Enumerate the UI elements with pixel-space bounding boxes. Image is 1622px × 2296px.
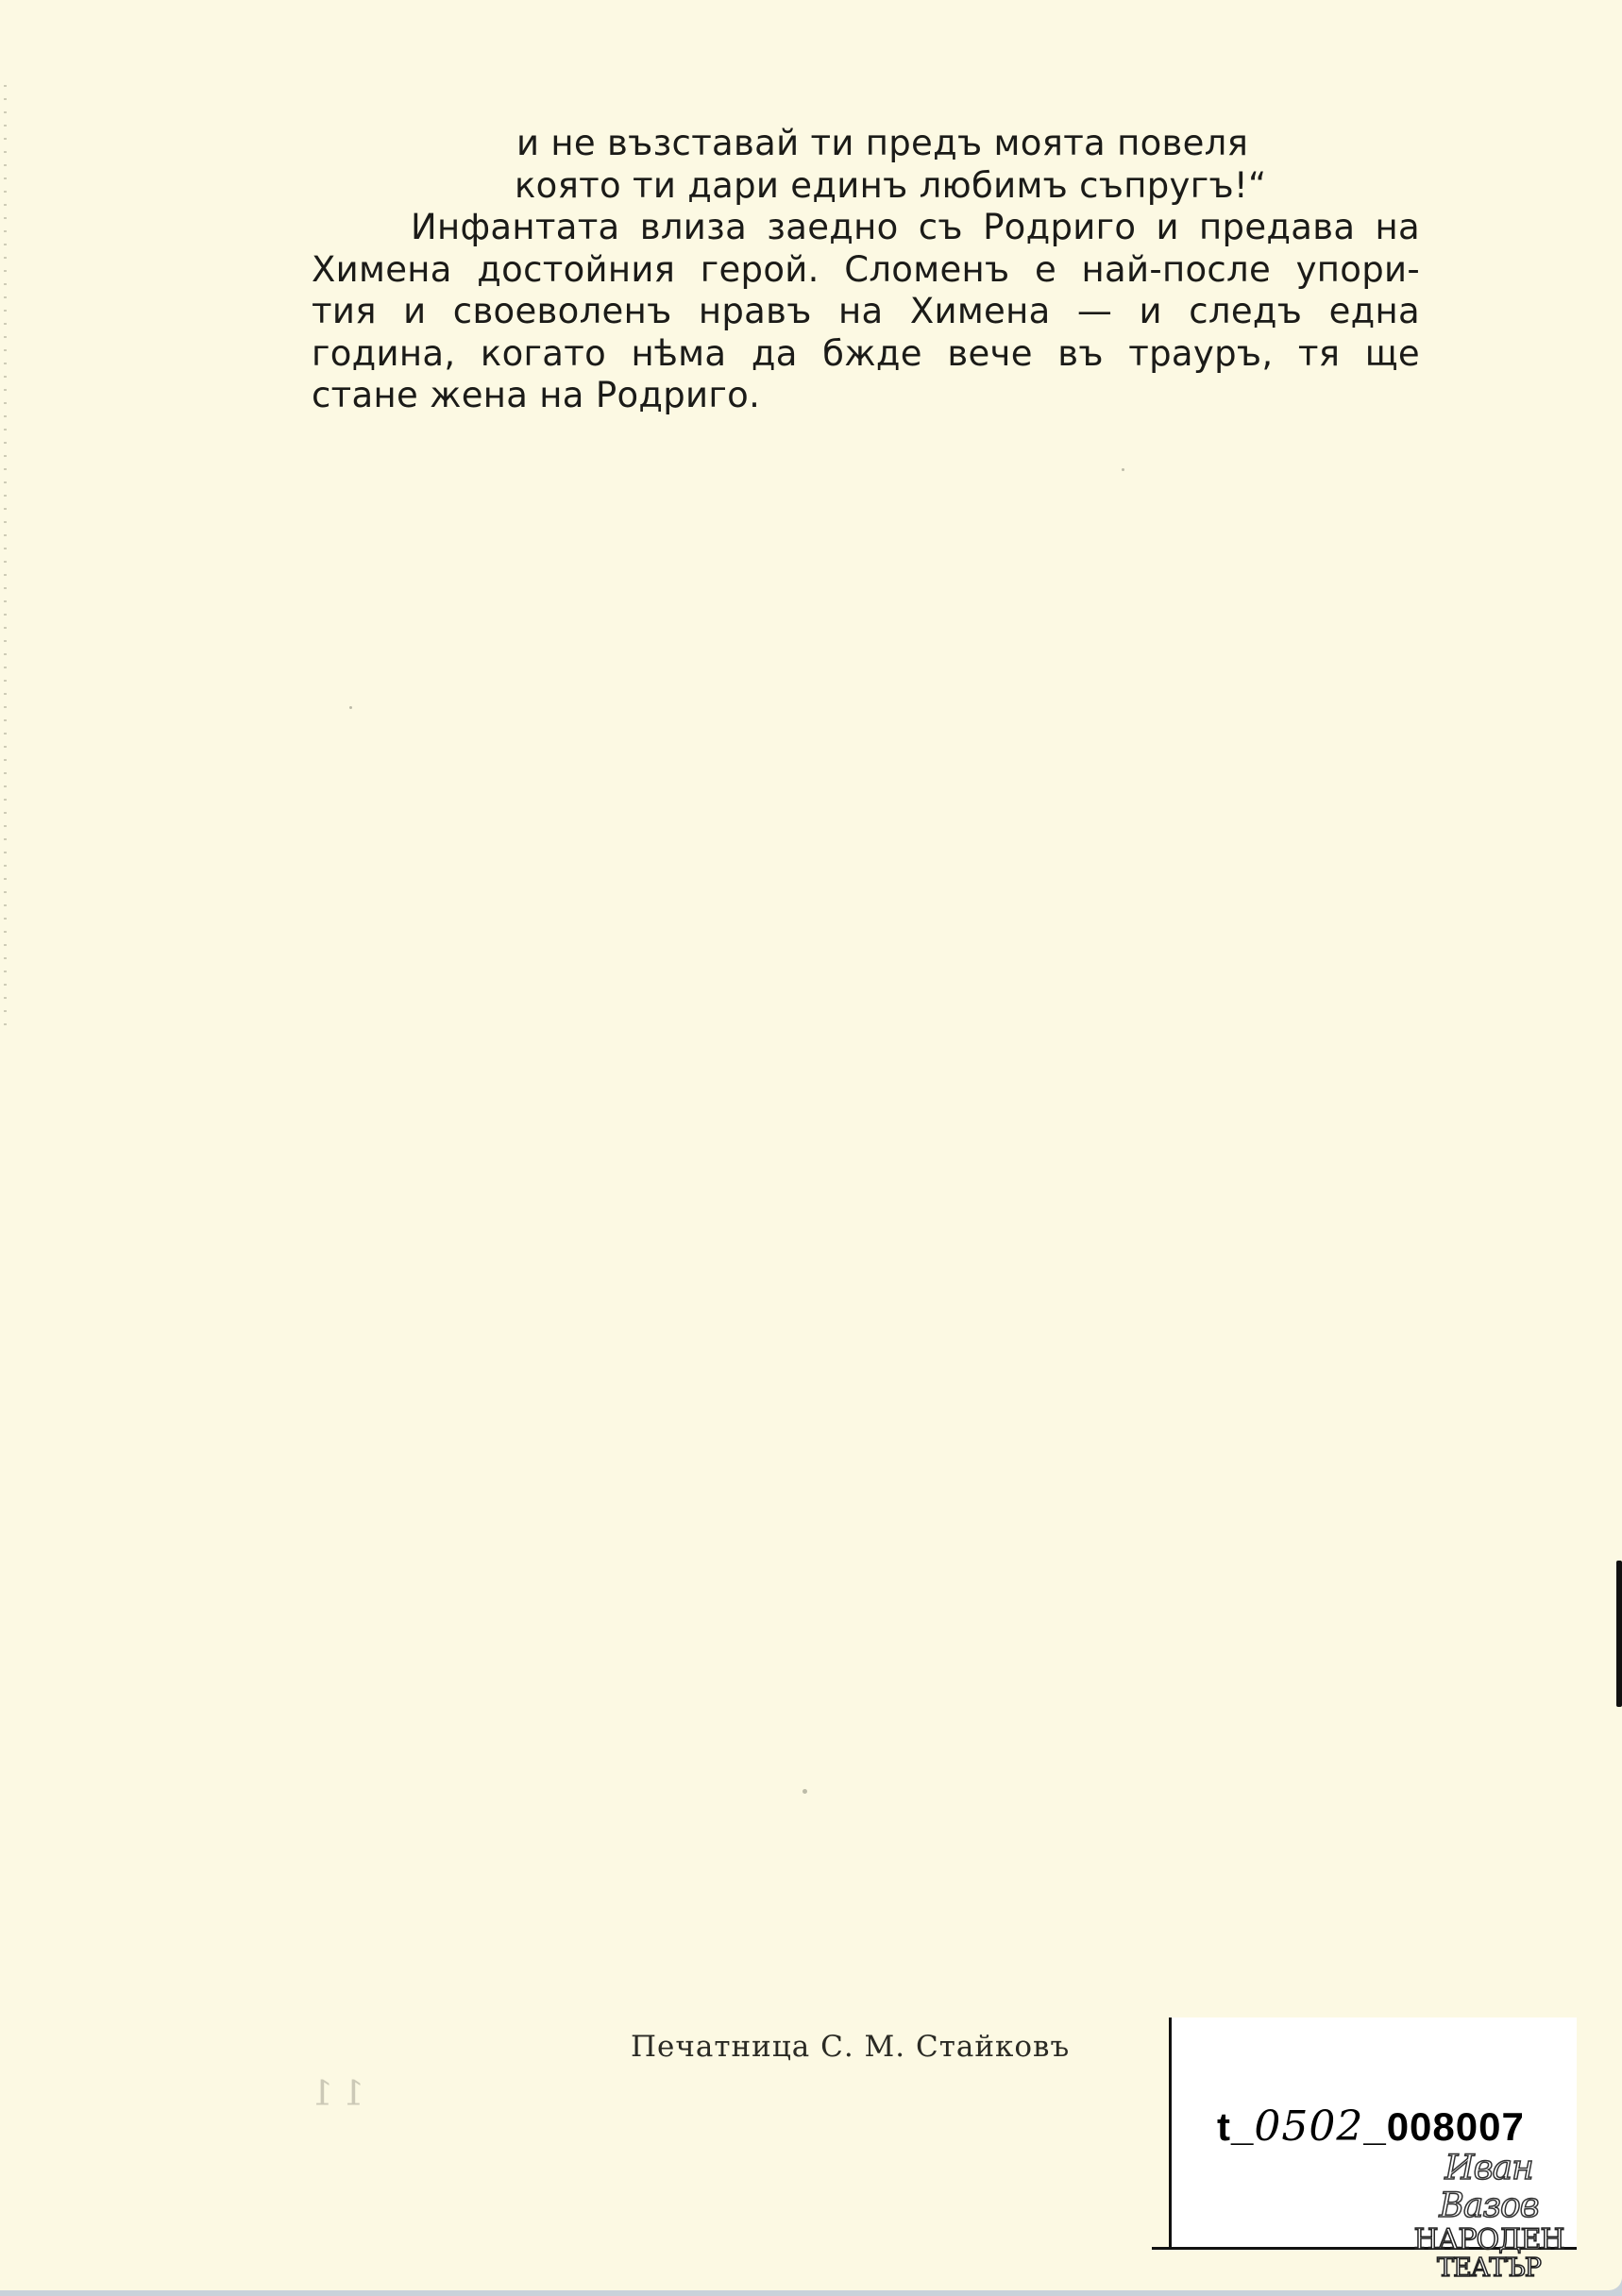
bleed-through-page-number: 11 xyxy=(302,2075,364,2114)
archive-code-handwritten: 0502 xyxy=(1254,2102,1363,2151)
document-body: и не възставай ти предъ моята повеля коя… xyxy=(312,123,1420,417)
paragraph-line: Химена достойния герой. Сломенъ е най-по… xyxy=(312,249,1420,292)
archive-code-prefix: t_ xyxy=(1217,2104,1254,2149)
verse-line: и не възставай ти предъ моята повеля xyxy=(312,123,1420,165)
scan-edge-mark xyxy=(1616,1561,1622,1707)
archive-code-suffix: _008007 xyxy=(1363,2104,1525,2149)
paragraph-line: стане жена на Родриго. xyxy=(312,375,1420,417)
document-page: и не възставай ти предъ моята повеля коя… xyxy=(0,0,1622,2290)
paragraph: Инфантата влиза заедно съ Родриго и пред… xyxy=(312,207,1420,417)
paper-speck xyxy=(803,1789,807,1794)
paragraph-line: Инфантата влиза заедно съ Родриго и пред… xyxy=(312,207,1420,249)
scan-edge-speckle xyxy=(4,85,7,1029)
paper-speck xyxy=(349,706,352,709)
printer-imprint: Печатница С. М. Стайковъ xyxy=(631,2030,1070,2064)
paragraph-line: тия и своеволенъ нравъ на Химена — и сле… xyxy=(312,291,1420,333)
stamp-border-line xyxy=(1152,2247,1171,2250)
verse-line: която ти дари единъ любимъ съпругъ!“ xyxy=(312,165,1420,208)
archive-code: t_0502_008007 xyxy=(1217,2102,1525,2151)
logo-line-teatar: ТЕАТЪР xyxy=(1409,2255,1569,2282)
logo-line-naroden: НАРОДЕН xyxy=(1409,2225,1569,2255)
paragraph-line: година, когато нѣма да бжде вече въ трау… xyxy=(312,333,1420,376)
logo-script-signature: Иван Вазов xyxy=(1409,2150,1569,2225)
archive-stamp: t_0502_008007 Иван Вазов НАРОДЕН ТЕАТЪР xyxy=(1169,2017,1577,2250)
theatre-logo: Иван Вазов НАРОДЕН ТЕАТЪР xyxy=(1409,2150,1569,2282)
paper-speck xyxy=(1122,468,1124,471)
